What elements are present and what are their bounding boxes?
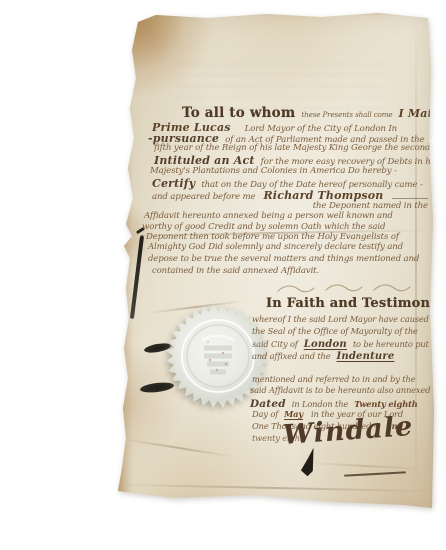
testimony-line-1: whereof I the said Lord Mayor have cause… [252, 315, 429, 325]
testimony-line-2: the Seal of the Office of Mayoralty of t… [252, 327, 418, 337]
body-line-13: Almighty God Did solemnly and sincerely … [148, 242, 403, 252]
bottom-fold-crease [116, 484, 434, 492]
torn-top-left-corner [128, 12, 180, 70]
crease-under-signature [306, 462, 426, 470]
opening-line: To all to whom these Presents shall come… [182, 105, 446, 121]
body-line-14: depose to be true the several matters an… [148, 254, 419, 264]
body-line-9: the Deponent named in the [152, 201, 428, 211]
body-line-4: fifth year of the Reign of his late Maje… [154, 143, 430, 153]
emphasized-word-indenture: Indenture [337, 351, 395, 363]
parchment-page: To all to whom these Presents shall come… [116, 10, 434, 514]
flourish-rule [392, 198, 428, 199]
testimony-heading-line: In Faith and Testimony [266, 296, 438, 312]
body-text: Day of [252, 410, 278, 420]
testimony-line-5: mentioned and referred to in and by the [252, 375, 415, 385]
paper-shadow-wrap: To all to whom these Presents shall come… [0, 0, 446, 550]
small-pencil-tick [130, 84, 134, 91]
flourish-ornament [274, 281, 426, 296]
diagonal-crease-lower-left [125, 438, 234, 457]
emphasized-word-london: London [304, 339, 347, 351]
photo-background: To all to whom these Presents shall come… [0, 0, 446, 550]
testimony-line-3: said City of London to be hereunto put [252, 339, 429, 351]
opening-heading: To all to whom [182, 105, 295, 121]
body-text: and affixed and the [252, 352, 331, 362]
body-line-15: contained in the said annexed Affidavit. [152, 266, 319, 276]
body-line-12: Deponent then took before me upon the Ho… [146, 232, 399, 242]
signature-underline-flourish [344, 471, 406, 476]
body-line-6: Majesty's Plantations and Colonies in Am… [150, 166, 397, 176]
testimony-line-4: and affixed and the Indenture [252, 351, 394, 363]
body-text: said City of [252, 340, 298, 350]
body-line-10: Affidavit hereunto annexed being a perso… [144, 211, 393, 221]
opening-small-text: these Presents shall come [301, 111, 392, 120]
testimony-heading: In Faith and Testimony [266, 296, 438, 312]
testimony-line-6: said Affidavit is to be hereunto also an… [250, 386, 430, 396]
aged-top-edge [116, 10, 434, 16]
body-text: to be hereunto put [353, 340, 429, 350]
lord-mayor-first-name: I Matthias [399, 107, 446, 120]
body-line-11: worthy of good Credit and by solemn Oath… [142, 222, 385, 232]
